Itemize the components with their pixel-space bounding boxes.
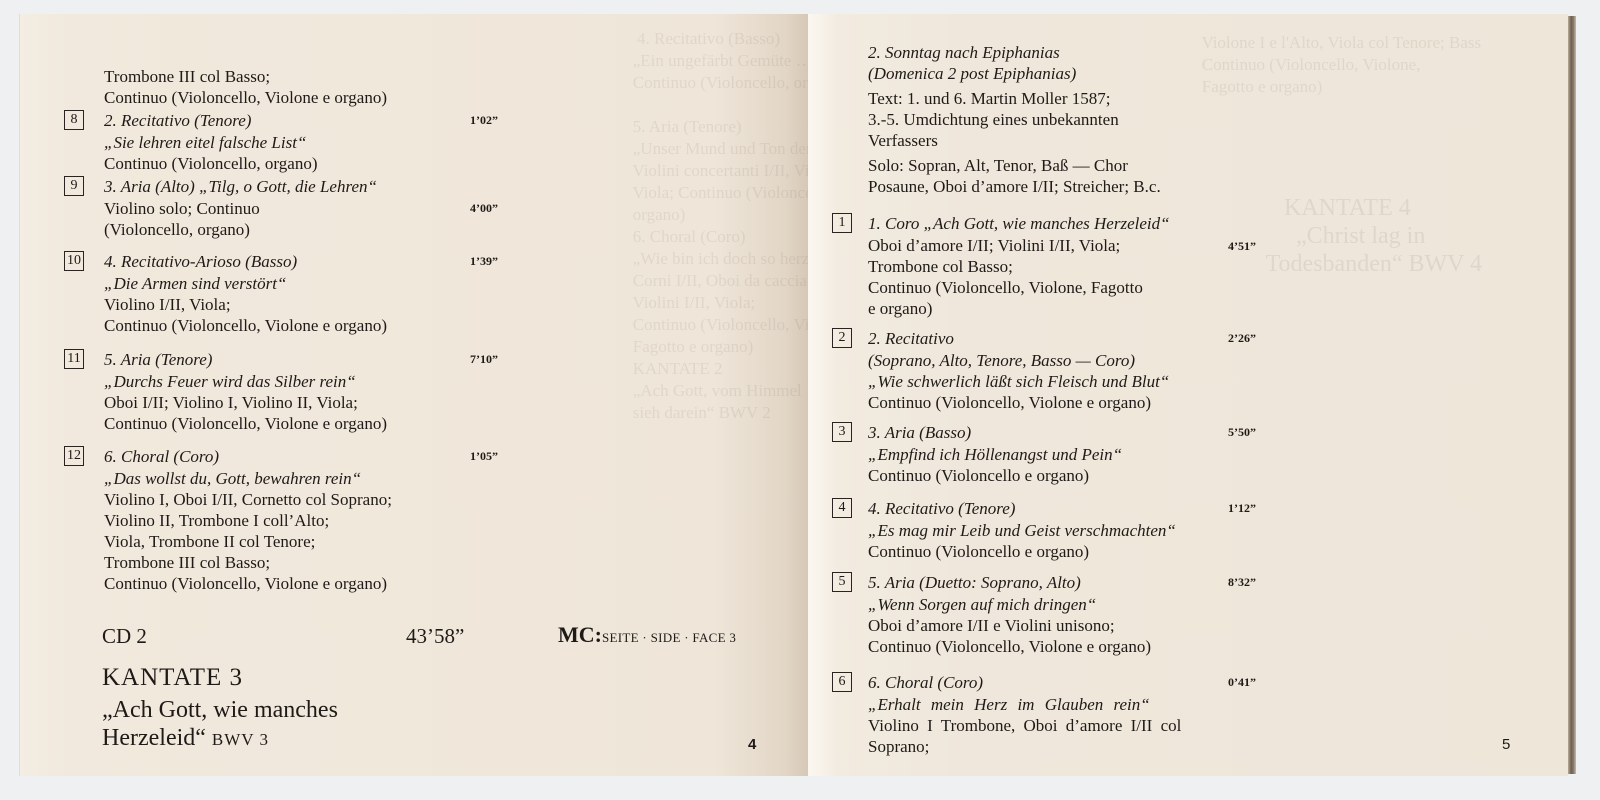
instrumentation-line: Continuo (Violoncello, Violone e organo) <box>104 87 387 108</box>
kantate-subtitle-line2: Herzeleid“ BWV 3 <box>102 724 338 754</box>
track-incipit: „Empfind ich Höllenangst und Pein“ <box>868 444 1122 465</box>
instrumentation-line: Continuo (Violoncello, Violone, Fagotto <box>868 277 1143 298</box>
track-duration: 1’02” <box>470 113 498 128</box>
track-title: 5. Aria (Duetto: Soprano, Alto) <box>868 572 1081 593</box>
occasion-latin: (Domenica 2 post Epiphanias) <box>868 63 1161 84</box>
track-duration: 7’10” <box>470 352 498 367</box>
track-title: 6. Choral (Coro) <box>104 446 219 467</box>
track-incipit: „Die Armen sind verstört“ <box>104 273 387 294</box>
track-title: 2. Recitativo <box>868 328 954 349</box>
track-duration: 0’41” <box>1228 675 1256 690</box>
track-duration: 4’51” <box>1228 239 1256 254</box>
track-number-box: 5 <box>832 572 852 592</box>
kantate-title: KANTATE 3 <box>102 664 338 692</box>
track-duration: 2’26” <box>1228 331 1256 346</box>
text-credit: Text: 1. und 6. Martin Moller 1587; <box>868 88 1161 109</box>
cd-total-time: 43’58” <box>406 624 464 649</box>
track-number-box: 6 <box>832 672 852 692</box>
track-duration: 5’50” <box>1228 425 1256 440</box>
solo-voices: Solo: Sopran, Alt, Tenor, Baß — Chor <box>868 155 1161 176</box>
track-incipit: „Sie lehren eitel falsche List“ <box>104 132 318 153</box>
track-duration: 4’00” <box>470 201 498 216</box>
instrumentation-line: Violino I, Oboi I/II, Cornetto col Sopra… <box>104 489 392 510</box>
instrumentation-line: Continuo (Violoncello, Violone e organo) <box>868 392 1169 413</box>
instrumentation-line: Trombone III col Basso; <box>104 552 392 573</box>
track-title: 6. Choral (Coro) <box>868 672 983 693</box>
track-number-box: 10 <box>64 251 84 271</box>
page-number: 5 <box>1502 736 1510 753</box>
kantate-heading: KANTATE 3 „Ach Gott, wie manches Herzele… <box>102 664 338 754</box>
track-title: 3. Aria (Basso) <box>868 422 971 443</box>
instrumentation-line: Continuo (Violoncello, Violone e organo) <box>104 573 392 594</box>
instrumentation-line: Trombone III col Basso; <box>104 66 387 87</box>
track-number-box: 11 <box>64 349 84 369</box>
track-number-box: 2 <box>832 328 852 348</box>
bleed-through-text: 4. Recitativo (Basso) „Ein ungefärbt Gem… <box>620 28 808 424</box>
instrumentation-line: Oboi d’amore I/II e Violini unisono; <box>868 615 1151 636</box>
instrumentation-line: e organo) <box>868 298 1143 319</box>
cantata-intro: 2. Sonntag nach Epiphanias (Domenica 2 p… <box>868 42 1161 197</box>
instrumentation-line: Continuo (Violoncello, Violone e organo) <box>104 413 387 434</box>
left-page: 4. Recitativo (Basso) „Ein ungefärbt Gem… <box>20 14 808 776</box>
bleed-through-heading: KANTATE 4 „Christ lag in Todesbanden“ BW… <box>1248 194 1482 278</box>
track-number-box: 1 <box>832 213 852 233</box>
kantate-subtitle: „Ach Gott, wie manches <box>102 696 338 724</box>
track-incipit: „Wenn Sorgen auf mich dringen“ <box>868 594 1151 615</box>
booklet-spread: 4. Recitativo (Basso) „Ein ungefärbt Gem… <box>20 14 1588 776</box>
mc-label: MC: <box>558 622 602 647</box>
track-title: 4. Recitativo-Arioso (Basso) <box>104 251 297 272</box>
instrumentation-line: Violino solo; Continuo <box>104 198 260 219</box>
track-duration: 1’39” <box>470 254 498 269</box>
track-title: 5. Aria (Tenore) <box>104 349 212 370</box>
instrumentation-line: Soprano; <box>868 736 1181 757</box>
kantate-subtitle-text: Herzeleid“ <box>102 725 206 751</box>
mc-side-info: MC:SEITE · SIDE · FACE 3 <box>558 622 736 648</box>
text-credit: Verfassers <box>868 130 1161 151</box>
instrumentation-line: Continuo (Violoncello e organo) <box>868 465 1122 486</box>
track-title: 4. Recitativo (Tenore) <box>868 498 1015 519</box>
track-number-box: 12 <box>64 446 84 466</box>
track-number-box: 4 <box>832 498 852 518</box>
continuation-lines: Trombone III col Basso; Continuo (Violon… <box>104 66 387 108</box>
instrumentation-line: Violino I/II, Viola; <box>104 294 387 315</box>
instrumentation-line: Violino II, Trombone I coll’Alto; <box>104 510 392 531</box>
instrumentation-line: Violino I Trombone, Oboi d’amore I/II co… <box>868 715 1181 736</box>
voices-line: (Soprano, Alto, Tenore, Basso — Coro) <box>868 350 1169 371</box>
track-title: 2. Recitativo (Tenore) <box>104 110 251 131</box>
track-incipit: „Es mag mir Leib und Geist verschmachten… <box>868 520 1176 541</box>
track-number-box: 8 <box>64 110 84 130</box>
text-credit: 3.-5. Umdichtung eines unbekannten <box>868 109 1161 130</box>
track-incipit: „Wie schwerlich läßt sich Fleisch und Bl… <box>868 371 1169 392</box>
track-duration: 1’05” <box>470 449 498 464</box>
mc-side: SEITE · SIDE · FACE 3 <box>602 630 736 645</box>
instrumentation-line: Oboi d’amore I/II; Violini I/II, Viola; <box>868 235 1143 256</box>
booklet-page-edge <box>1568 16 1576 774</box>
instrumentation-line: Continuo (Violoncello e organo) <box>868 541 1176 562</box>
track-duration: 1’12” <box>1228 501 1256 516</box>
track-number-box: 9 <box>64 176 84 196</box>
cd-label: CD 2 <box>102 624 147 649</box>
track-incipit: „Das wollst du, Gott, bewahren rein“ <box>104 468 392 489</box>
track-duration: 8’32” <box>1228 575 1256 590</box>
track-incipit: „Durchs Feuer wird das Silber rein“ <box>104 371 387 392</box>
instrumentation-line: Continuo (Violoncello, Violone e organo) <box>868 636 1151 657</box>
track-title: 1. Coro „Ach Gott, wie manches Herzeleid… <box>868 213 1170 234</box>
instrumentation-line: Continuo (Violoncello, organo) <box>104 153 318 174</box>
instrumentation-line: Oboi I/II; Violino I, Violino II, Viola; <box>104 392 387 413</box>
occasion: 2. Sonntag nach Epiphanias <box>868 42 1161 63</box>
page-number: 4 <box>748 736 756 753</box>
instruments: Posaune, Oboi d’amore I/II; Streicher; B… <box>868 176 1161 197</box>
instrumentation-line: Trombone col Basso; <box>868 256 1143 277</box>
track-incipit: „Erhalt mein Herz im Glauben rein“ <box>868 694 1181 715</box>
instrumentation-line: Continuo (Violoncello, Violone e organo) <box>104 315 387 336</box>
instrumentation-line: (Violoncello, organo) <box>104 219 260 240</box>
right-page: Violone I e l'Alto, Viola col Tenore; Ba… <box>808 14 1568 776</box>
instrumentation-line: Viola, Trombone II col Tenore; <box>104 531 392 552</box>
track-number-box: 3 <box>832 422 852 442</box>
bwv-number: BWV 3 <box>212 730 269 749</box>
track-title: 3. Aria (Alto) „Tilg, o Gott, die Lehren… <box>104 176 377 197</box>
